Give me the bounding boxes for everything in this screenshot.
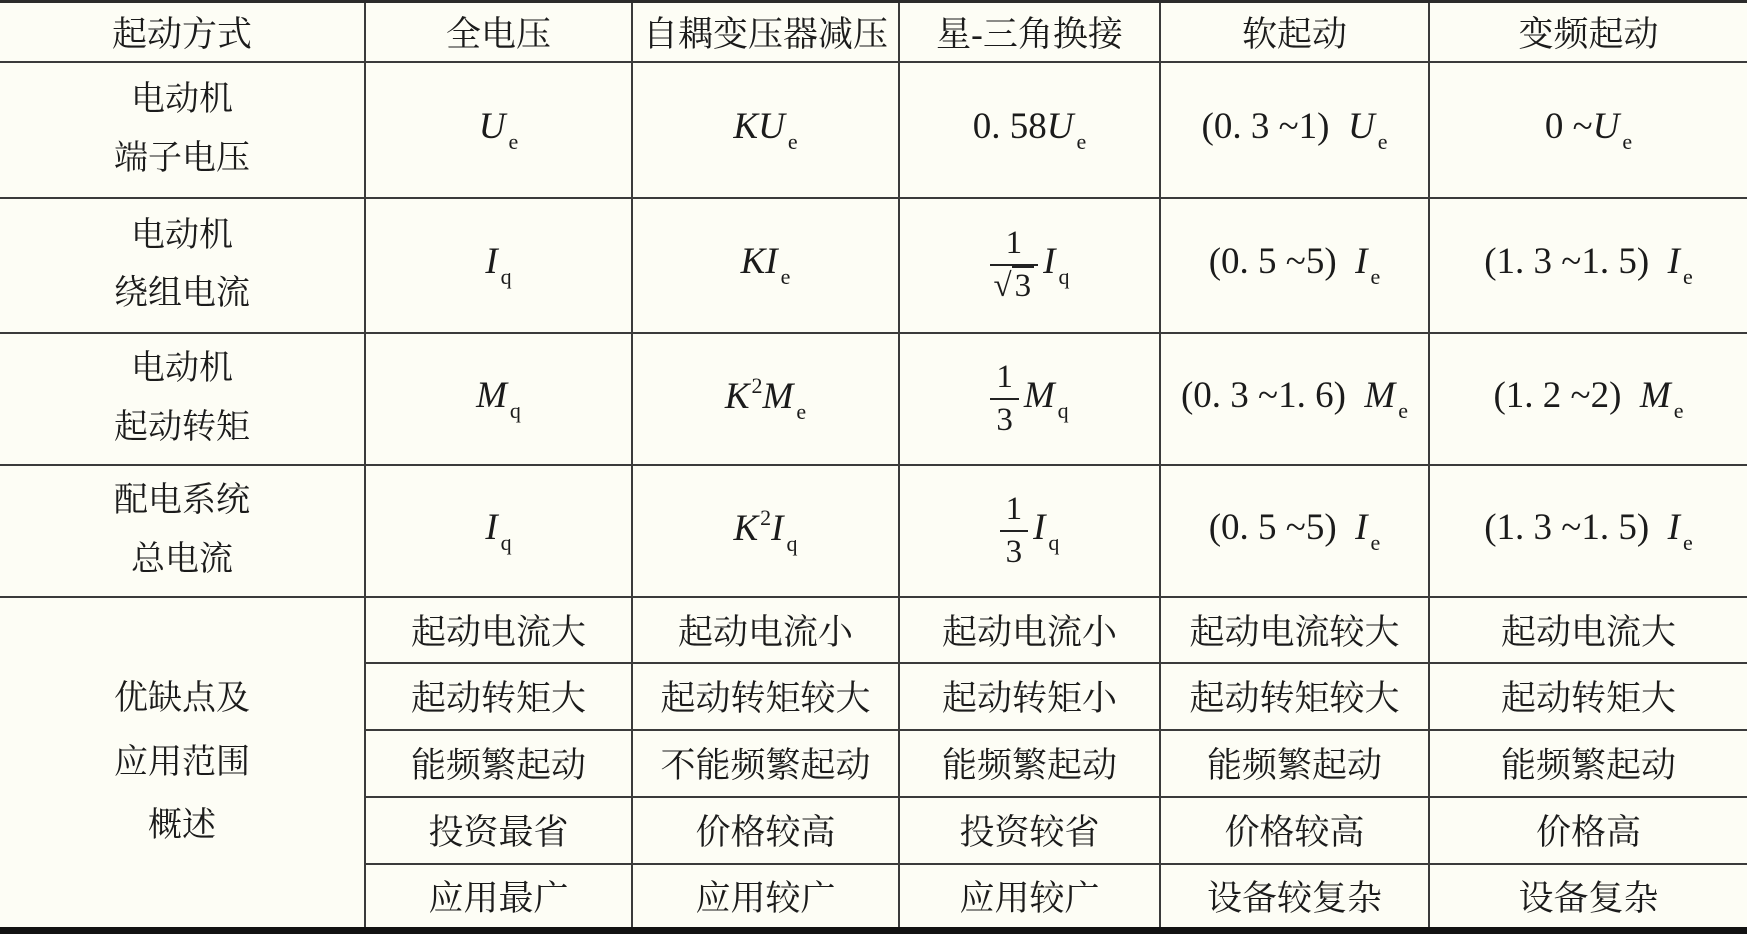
formula-rm: (1. 3 ~1. 5) (1484, 241, 1667, 282)
formula-sub: q (501, 530, 512, 555)
formula-rm: (0. 5 ~5) (1209, 507, 1355, 548)
formula-cell: (0. 3 ~1) Ue (1160, 62, 1429, 198)
formula-it: M (1640, 375, 1672, 416)
formula-sub: e (788, 129, 798, 154)
formula-cell: K2Me (632, 333, 899, 465)
summary-cell: 能频繁起动 (899, 730, 1160, 797)
summary-cell: 起动转矩大 (365, 663, 632, 730)
summary-cell: 起动电流大 (365, 597, 632, 663)
summary-cell: 不能频繁起动 (632, 730, 899, 797)
formula-it: U (479, 106, 507, 147)
formula-sub: q (1048, 530, 1059, 555)
formula-rm: (0. 3 ~1. 6) (1181, 375, 1364, 416)
label-line: 配电系统 (0, 472, 364, 530)
header-cell-star-delta: 星-三角换接 (899, 2, 1160, 62)
summary-cell: 应用最广 (365, 864, 632, 931)
formula-cell: 0. 58Ue (899, 62, 1160, 198)
summary-cell: 设备复杂 (1429, 864, 1747, 931)
header-row: 起动方式 全电压 自耦变压器减压 星-三角换接 软起动 变频起动 (0, 2, 1747, 62)
formula-sup: 2 (760, 505, 771, 530)
formula-cell: (1. 3 ~1. 5) Ie (1429, 198, 1747, 333)
formula-it: M (476, 375, 508, 416)
summary-cell: 设备较复杂 (1160, 864, 1429, 931)
document-page: 起动方式 全电压 自耦变压器减压 星-三角换接 软起动 变频起动 电动机 端子电… (0, 0, 1747, 929)
formula-cell: (1. 2 ~2) Me (1429, 333, 1747, 465)
summary-cell: 起动电流较大 (1160, 597, 1429, 663)
formula-cell: KIe (632, 198, 899, 333)
formula-cell: Ue (365, 62, 632, 198)
summary-cell: 价格较高 (632, 797, 899, 864)
formula-radbody: 3 (1012, 266, 1035, 304)
formula-fden: √3 (990, 264, 1039, 304)
formula-rm: (0. 5 ~5) (1209, 241, 1355, 282)
formula-sup: 2 (752, 373, 763, 398)
row-label-terminal-voltage: 电动机 端子电压 (0, 62, 365, 198)
summary-cell: 起动转矩较大 (1160, 663, 1429, 730)
label-line: 总电流 (0, 531, 364, 589)
summary-cell: 起动电流小 (899, 597, 1160, 663)
label-line: 应用范围 (0, 731, 364, 794)
header-cell-full-voltage: 全电压 (365, 2, 632, 62)
row-starting-torque: 电动机 起动转矩 Mq K2Me 13Mq (0. 3 ~1. 6) Me (1… (0, 333, 1747, 465)
formula-sub: q (501, 264, 512, 289)
row-label-system-current: 配电系统 总电流 (0, 465, 365, 597)
label-line: 电动机 (0, 207, 364, 265)
row-label-winding-current: 电动机 绕组电流 (0, 198, 365, 333)
formula-it: I (485, 241, 498, 282)
formula-it: I (1668, 507, 1681, 548)
formula-cell: K2Iq (632, 465, 899, 597)
header-cell-soft-start: 软起动 (1160, 2, 1429, 62)
summary-cell: 能频繁起动 (365, 730, 632, 797)
formula-rm: (1. 2 ~2) (1493, 375, 1639, 416)
formula-sub: e (796, 399, 806, 424)
starting-methods-table: 起动方式 全电压 自耦变压器减压 星-三角换接 软起动 变频起动 电动机 端子电… (0, 0, 1747, 934)
summary-cell: 起动转矩小 (899, 663, 1160, 730)
formula-rm: (0. 3 ~1) (1202, 106, 1348, 147)
formula-it: I (1033, 507, 1046, 548)
formula-it: K (733, 508, 759, 549)
formula-frac: 1√3 (990, 226, 1039, 303)
formula-cell: (0. 3 ~1. 6) Me (1160, 333, 1429, 465)
summary-cell: 价格高 (1429, 797, 1747, 864)
summary-cell: 投资较省 (899, 797, 1160, 864)
formula-sub: e (1370, 530, 1380, 555)
formula-cell: KUe (632, 62, 899, 198)
formula-it: M (1364, 375, 1396, 416)
formula-it: M (763, 376, 795, 417)
formula-frac: 13 (990, 360, 1019, 437)
formula-fden: 3 (990, 398, 1019, 438)
formula-sub: e (781, 264, 791, 289)
formula-cell: (0. 5 ~5) Ie (1160, 198, 1429, 333)
row-label-starting-torque: 电动机 起动转矩 (0, 333, 365, 465)
formula-fnum: 1 (990, 226, 1039, 264)
header-cell-autotransformer: 自耦变压器减压 (632, 2, 899, 62)
formula-sub: q (510, 398, 521, 423)
label-line: 起动转矩 (0, 399, 364, 457)
formula-sub: e (1683, 264, 1693, 289)
formula-it: I (1355, 241, 1368, 282)
row-label-summary: 优缺点及 应用范围 概述 (0, 597, 365, 931)
formula-it: K (725, 376, 751, 417)
formula-sub: q (787, 531, 798, 556)
formula-fnum: 1 (1000, 492, 1029, 530)
label-line: 绕组电流 (0, 265, 364, 323)
formula-sub: e (1674, 398, 1684, 423)
formula-sub: e (1622, 129, 1632, 154)
label-line: 电动机 (0, 71, 364, 129)
formula-cell: Mq (365, 333, 632, 465)
summary-row: 优缺点及 应用范围 概述 起动电流大 起动电流小 起动电流小 起动电流较大 起动… (0, 597, 1747, 663)
formula-rad: √ (994, 268, 1012, 304)
summary-cell: 投资最省 (365, 797, 632, 864)
formula-fden: 3 (1000, 530, 1029, 570)
summary-cell: 起动电流大 (1429, 597, 1747, 663)
formula-rm: 0. 58 (973, 106, 1047, 147)
summary-cell: 应用较广 (899, 864, 1160, 931)
formula-sub: e (1398, 398, 1408, 423)
summary-cell: 起动电流小 (632, 597, 899, 663)
row-winding-current: 电动机 绕组电流 Iq KIe 1√3Iq (0. 5 ~5) Ie (1. 3… (0, 198, 1747, 333)
header-cell-vfd-start: 变频起动 (1429, 2, 1747, 62)
formula-sub: e (1076, 129, 1086, 154)
formula-sub: q (1058, 398, 1069, 423)
formula-it: U (1047, 106, 1075, 147)
row-system-current: 配电系统 总电流 Iq K2Iq 13Iq (0. 5 ~5) Ie (1. 3… (0, 465, 1747, 597)
header-cell-start-method: 起动方式 (0, 2, 365, 62)
formula-rm: (1. 3 ~1. 5) (1484, 507, 1667, 548)
formula-rm: 0 ~ (1545, 106, 1593, 147)
formula-it: I (485, 507, 498, 548)
formula-sub: e (1370, 264, 1380, 289)
label-line: 概述 (0, 794, 364, 857)
formula-cell: (0. 5 ~5) Ie (1160, 465, 1429, 597)
formula-it: U (1593, 106, 1621, 147)
formula-sub: e (1683, 530, 1693, 555)
formula-it: I (771, 508, 784, 549)
summary-cell: 应用较广 (632, 864, 899, 931)
formula-it: M (1024, 375, 1056, 416)
formula-it: KU (733, 106, 785, 147)
formula-sub: q (1058, 264, 1069, 289)
row-terminal-voltage: 电动机 端子电压 Ue KUe 0. 58Ue (0. 3 ~1) Ue 0 ~… (0, 62, 1747, 198)
formula-it: KI (741, 241, 779, 282)
summary-cell: 价格较高 (1160, 797, 1429, 864)
formula-it: I (1668, 241, 1681, 282)
formula-cell: Iq (365, 465, 632, 597)
formula-it: I (1043, 241, 1056, 282)
formula-fnum: 1 (990, 360, 1019, 398)
summary-cell: 起动转矩大 (1429, 663, 1747, 730)
formula-sub: e (1378, 129, 1388, 154)
formula-cell: 1√3Iq (899, 198, 1160, 333)
summary-cell: 起动转矩较大 (632, 663, 899, 730)
label-line: 端子电压 (0, 130, 364, 188)
summary-cell: 能频繁起动 (1429, 730, 1747, 797)
formula-it: I (1355, 507, 1368, 548)
formula-frac: 13 (1000, 492, 1029, 569)
summary-cell: 能频繁起动 (1160, 730, 1429, 797)
label-line: 电动机 (0, 340, 364, 398)
formula-cell: 0 ~Ue (1429, 62, 1747, 198)
label-line: 优缺点及 (0, 667, 364, 730)
formula-cell: (1. 3 ~1. 5) Ie (1429, 465, 1747, 597)
formula-it: U (1348, 106, 1376, 147)
formula-cell: 13Iq (899, 465, 1160, 597)
formula-sub: e (508, 129, 518, 154)
formula-cell: Iq (365, 198, 632, 333)
formula-cell: 13Mq (899, 333, 1160, 465)
